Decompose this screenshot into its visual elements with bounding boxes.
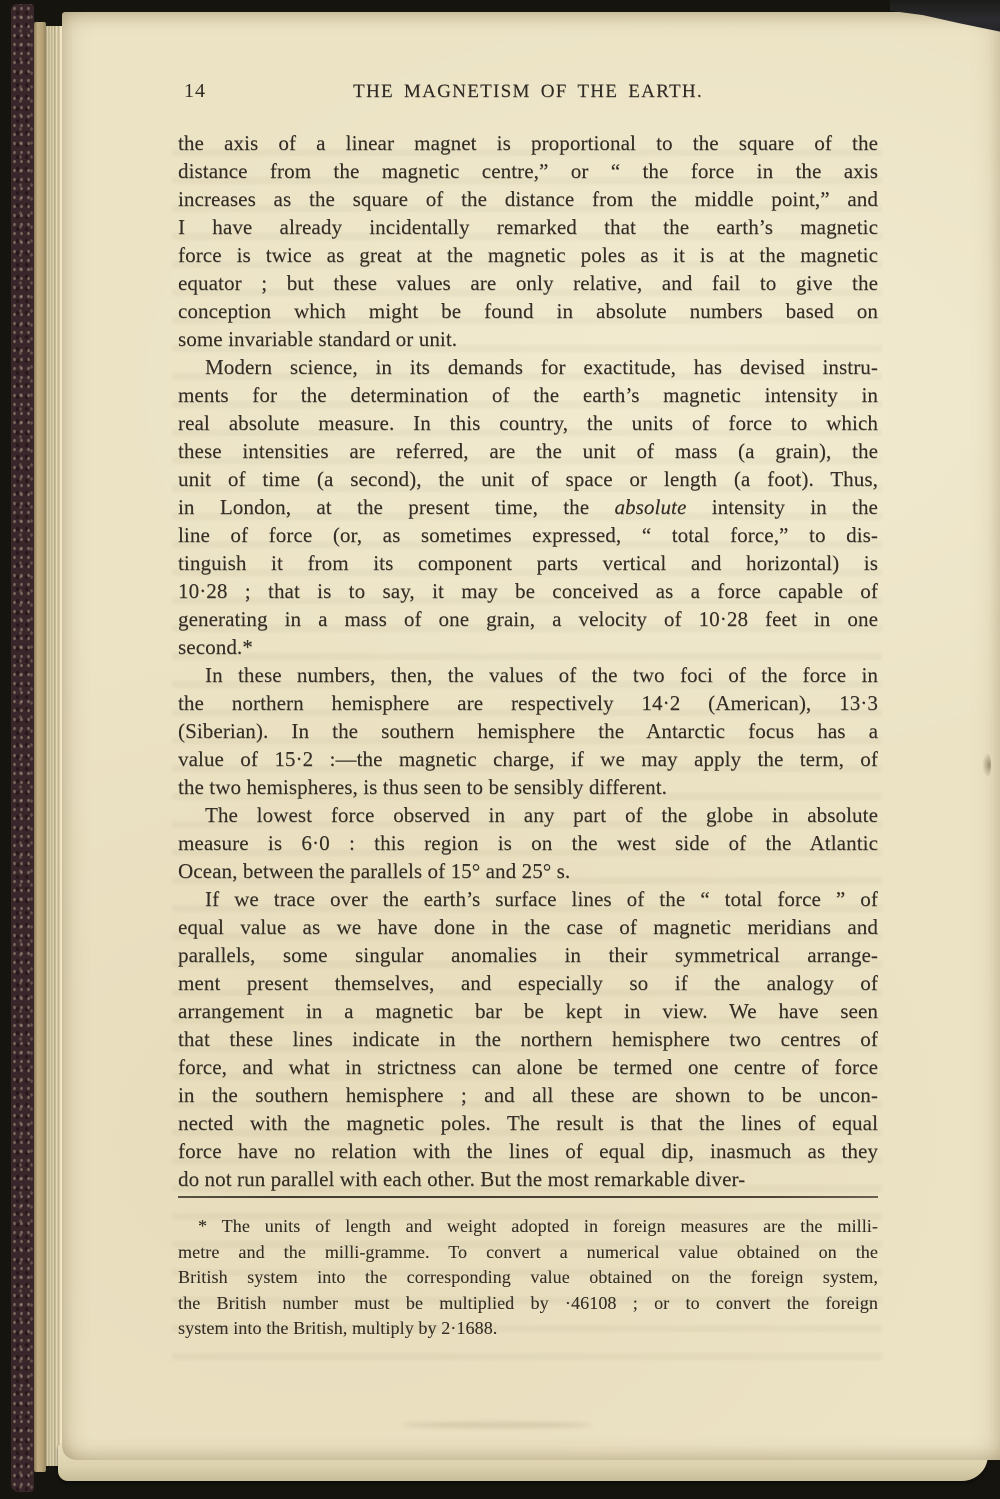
text-line: some invariable standard or unit. [178, 325, 878, 353]
text-line: equal value as we have done in the case … [178, 913, 878, 941]
paragraph: the axis of a linear magnet is proportio… [178, 129, 878, 353]
body-text: the axis of a linear magnet is proportio… [178, 129, 878, 1193]
book-scan: 14 THE MAGNETISM OF THE EARTH. the axis … [0, 0, 1000, 1499]
paragraph: Modern science, in its demands for exact… [178, 353, 878, 661]
text-line: the British number must be multiplied by… [178, 1291, 878, 1317]
text-line: conception which might be found in absol… [178, 297, 878, 325]
text-line: second.* [178, 633, 878, 661]
text-line: the two hemispheres, is thus seen to be … [178, 773, 878, 801]
text-line: 10·28 ; that is to say, it may be concei… [178, 577, 878, 605]
page-edge-nick [982, 752, 991, 778]
text-line: that these lines indicate in the norther… [178, 1025, 878, 1053]
text-line: generating in a mass of one grain, a vel… [178, 605, 878, 633]
text-block: 14 THE MAGNETISM OF THE EARTH. the axis … [178, 78, 878, 1342]
footnote-rule [178, 1196, 878, 1198]
page-header: 14 THE MAGNETISM OF THE EARTH. [178, 78, 878, 104]
text-line: ment present themselves, and especially … [178, 969, 878, 997]
text-line: the axis of a linear magnet is proportio… [178, 129, 878, 157]
paragraph: If we trace over the earth’s surface lin… [178, 885, 878, 1193]
book-spine [11, 4, 34, 1492]
text-line: nected with the magnetic poles. The resu… [178, 1109, 878, 1137]
text-line: distance from the magnetic centre,” or “… [178, 157, 878, 185]
text-line: Ocean, between the parallels of 15° and … [178, 857, 878, 885]
paragraph: In these numbers, then, the values of th… [178, 661, 878, 801]
page-smudge [402, 1422, 592, 1428]
text-line: equator ; but these values are only rela… [178, 269, 878, 297]
text-line: arrangement in a magnetic bar be kept in… [178, 997, 878, 1025]
text-line: I have already incidentally remarked tha… [178, 213, 878, 241]
text-line: parallels, some singular anomalies in th… [178, 941, 878, 969]
text-line: line of force (or, as sometimes expresse… [178, 521, 878, 549]
text-line: the northern hemisphere are respectively… [178, 689, 878, 717]
book-page: 14 THE MAGNETISM OF THE EARTH. the axis … [62, 12, 1000, 1460]
text-line: If we trace over the earth’s surface lin… [178, 885, 878, 913]
text-line: unit of time (a second), the unit of spa… [178, 465, 878, 493]
text-line: in the southern hemisphere ; and all the… [178, 1081, 878, 1109]
text-line: metre and the milli-gramme. To convert a… [178, 1240, 878, 1266]
text-line: * The units of length and weight adopted… [178, 1214, 878, 1240]
running-title: THE MAGNETISM OF THE EARTH. [353, 79, 703, 105]
text-line: British system into the corresponding va… [178, 1265, 878, 1291]
text-line: measure is 6·0 : this region is on the w… [178, 829, 878, 857]
text-line: do not run parallel with each other. But… [178, 1165, 878, 1193]
text-line: real absolute measure. In this country, … [178, 409, 878, 437]
footnote: * The units of length and weight adopted… [178, 1214, 878, 1342]
text-line: value of 15·2 :—the magnetic charge, if … [178, 745, 878, 773]
text-line: system into the British, multiply by 2·1… [178, 1316, 878, 1342]
text-line: Modern science, in its demands for exact… [178, 353, 878, 381]
folio-number: 14 [184, 78, 206, 104]
text-line: these intensities are referred, are the … [178, 437, 878, 465]
text-line: (Siberian). In the southern hemisphere t… [178, 717, 878, 745]
text-line: The lowest force observed in any part of… [178, 801, 878, 829]
paragraph: The lowest force observed in any part of… [178, 801, 878, 885]
text-line: tinguish it from its component parts ver… [178, 549, 878, 577]
text-line: force, and what in strictness can alone … [178, 1053, 878, 1081]
text-line: ments for the determination of the earth… [178, 381, 878, 409]
text-line: force is twice as great at the magnetic … [178, 241, 878, 269]
text-line: in London, at the present time, the abso… [178, 493, 878, 521]
text-line: force have no relation with the lines of… [178, 1137, 878, 1165]
binding-edge [34, 22, 46, 1472]
text-line: In these numbers, then, the values of th… [178, 661, 878, 689]
text-line: increases as the square of the distance … [178, 185, 878, 213]
